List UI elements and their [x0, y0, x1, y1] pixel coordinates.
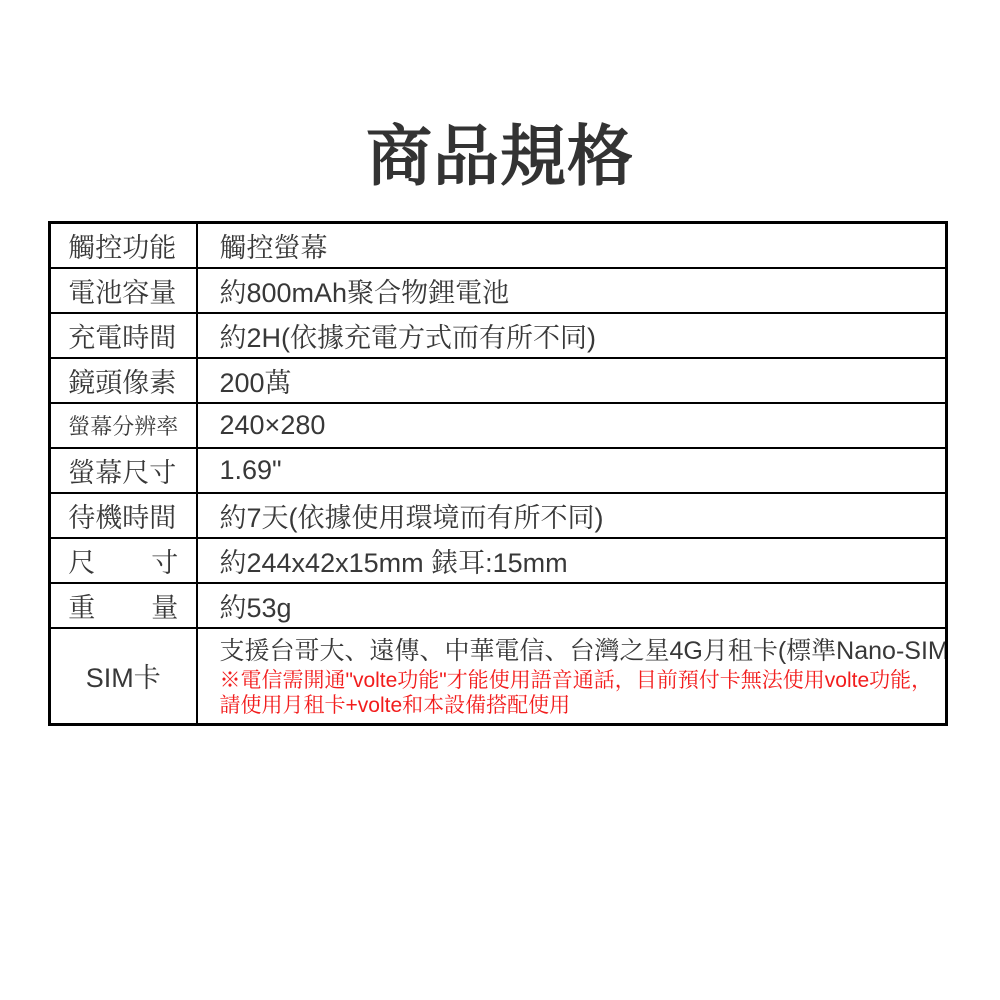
sim-volte-note-line-1: ※電信需開通"volte功能"才能使用語音通話，目前預付卡無法使用volte功能… — [220, 668, 946, 693]
spec-row-battery: 電池容量 約800mAh聚合物鋰電池 — [50, 268, 947, 313]
spec-value-cell: 約2H(依據充電方式而有所不同) — [197, 313, 947, 358]
spec-label: 螢幕分辨率 — [68, 410, 178, 441]
spec-label-cell: 螢幕尺寸 — [50, 448, 197, 493]
spec-value: 200萬 — [220, 368, 292, 398]
spec-value-cell: 約800mAh聚合物鋰電池 — [197, 268, 947, 313]
spec-label-cell: 尺寸 — [50, 538, 197, 583]
spec-value: 240×280 — [220, 410, 326, 440]
spec-label-cell: 重量 — [50, 583, 197, 628]
spec-label: 重量 — [68, 586, 178, 625]
spec-label-cell: 充電時間 — [50, 313, 197, 358]
spec-table: 觸控功能 觸控螢幕 電池容量 約800mAh聚合物鋰電池 充電時間 約2H(依據… — [48, 221, 948, 726]
spec-value-cell: 約53g — [197, 583, 947, 628]
spec-value: 約2H(依據充電方式而有所不同) — [220, 323, 597, 353]
spec-value: 約244x42x15mm 錶耳:15mm — [220, 548, 568, 578]
spec-label: 螢幕尺寸 — [68, 451, 178, 490]
spec-label-cell: SIM卡 — [50, 628, 197, 725]
page-title: 商品規格 — [0, 120, 1000, 192]
spec-label-cell: 觸控功能 — [50, 223, 197, 268]
spec-label: 鏡頭像素 — [68, 361, 178, 400]
spec-label: 電池容量 — [68, 271, 178, 310]
spec-value-cell: 約244x42x15mm 錶耳:15mm — [197, 538, 947, 583]
spec-value-cell: 1.69" — [197, 448, 947, 493]
spec-value: 觸控螢幕 — [220, 233, 328, 263]
spec-value-cell: 200萬 — [197, 358, 947, 403]
page: 商品規格 觸控功能 觸控螢幕 電池容量 約800mAh聚合物鋰電池 充電時間 約… — [0, 0, 1000, 1000]
spec-row-dimensions: 尺寸 約244x42x15mm 錶耳:15mm — [50, 538, 947, 583]
sim-support-text: 支援台哥大、遠傳、中華電信、台灣之星4G月租卡(標準Nano-SIM) — [220, 634, 946, 668]
spec-row-charge-time: 充電時間 約2H(依據充電方式而有所不同) — [50, 313, 947, 358]
spec-value: 約7天(依據使用環境而有所不同) — [220, 503, 604, 533]
spec-value-cell: 觸控螢幕 — [197, 223, 947, 268]
sim-volte-note-line-2: 請使用月租卡+volte和本設備搭配使用 — [220, 693, 946, 718]
spec-label-cell: 螢幕分辨率 — [50, 403, 197, 448]
spec-row-resolution: 螢幕分辨率 240×280 — [50, 403, 947, 448]
spec-row-camera: 鏡頭像素 200萬 — [50, 358, 947, 403]
spec-value: 約53g — [220, 593, 292, 623]
spec-row-standby: 待機時間 約7天(依據使用環境而有所不同) — [50, 493, 947, 538]
spec-label: 觸控功能 — [68, 226, 178, 265]
spec-value-cell: 支援台哥大、遠傳、中華電信、台灣之星4G月租卡(標準Nano-SIM) ※電信需… — [197, 628, 947, 725]
spec-label-cell: 電池容量 — [50, 268, 197, 313]
spec-row-touch: 觸控功能 觸控螢幕 — [50, 223, 947, 268]
spec-value: 約800mAh聚合物鋰電池 — [220, 278, 510, 308]
spec-label: SIM卡 — [86, 656, 161, 695]
spec-label: 充電時間 — [68, 316, 178, 355]
spec-row-weight: 重量 約53g — [50, 583, 947, 628]
spec-label: 尺寸 — [68, 541, 178, 580]
spec-label-cell: 鏡頭像素 — [50, 358, 197, 403]
spec-value-cell: 240×280 — [197, 403, 947, 448]
spec-label: 待機時間 — [68, 496, 178, 535]
spec-value-cell: 約7天(依據使用環境而有所不同) — [197, 493, 947, 538]
spec-value: 1.69" — [220, 455, 282, 485]
spec-label-cell: 待機時間 — [50, 493, 197, 538]
spec-row-screen-size: 螢幕尺寸 1.69" — [50, 448, 947, 493]
spec-row-sim: SIM卡 支援台哥大、遠傳、中華電信、台灣之星4G月租卡(標準Nano-SIM)… — [50, 628, 947, 725]
